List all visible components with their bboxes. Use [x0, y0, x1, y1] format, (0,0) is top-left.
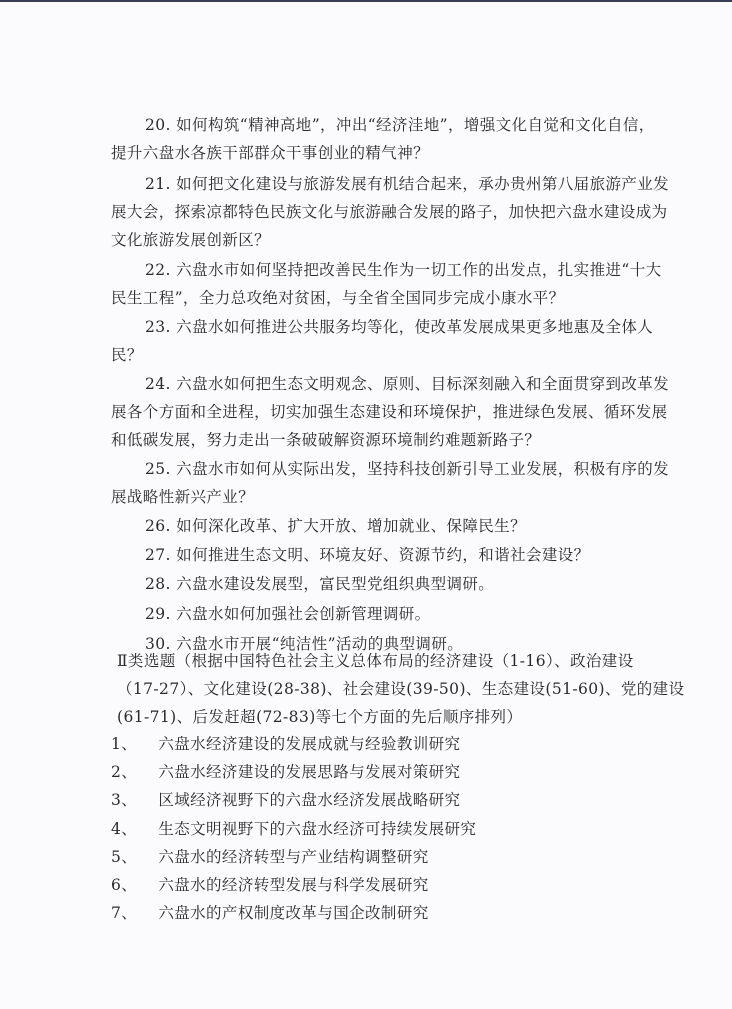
topic-title: 区域经济视野下的六盘水经济发展战略研究	[158, 791, 460, 809]
topic-item: 4、 生态文明视野下的六盘水经济可持续发展研究	[111, 815, 476, 843]
question-20: 20. 如何构筑“精神高地”，冲出“经济洼地”，增强文化自觉和文化自信， 提升六…	[111, 111, 603, 167]
topic-number: 3、	[111, 786, 153, 814]
topic-title: 六盘水经济建设的发展思路与发展对策研究	[158, 763, 460, 781]
question-29: 29. 六盘水如何加强社会创新管理调研。	[111, 600, 603, 628]
question-line: 21. 如何把文化建设与旅游发展有机结合起来，承办贵州第八届旅游产业发	[111, 170, 603, 198]
question-line: 24. 六盘水如何把生态文明观念、原则、目标深刻融入和全面贯穿到改革发	[111, 370, 603, 398]
topic-item: 7、 六盘水的产权制度改革与国企改制研究	[111, 899, 429, 927]
question-line: 展战略性新兴产业？	[111, 483, 603, 511]
topic-number: 5、	[111, 843, 153, 871]
topic-title: 六盘水的经济转型发展与科学发展研究	[158, 876, 428, 894]
category-header-line: （17-27）、文化建设(28-38)、社会建设(39-50)、生态建设(51-…	[117, 675, 609, 703]
question-line: 29. 六盘水如何加强社会创新管理调研。	[111, 600, 603, 628]
question-24: 24. 六盘水如何把生态文明观念、原则、目标深刻融入和全面贯穿到改革发 展各个方…	[111, 370, 603, 454]
topic-item: 5、 六盘水的经济转型与产业结构调整研究	[111, 843, 429, 871]
question-line: 26. 如何深化改革、扩大开放、增加就业、保障民生？	[111, 512, 603, 540]
question-line: 民生工程”，全力总攻绝对贫困，与全省全国同步完成小康水平？	[111, 284, 603, 312]
topic-title: 六盘水的产权制度改革与国企改制研究	[158, 904, 428, 922]
question-line: 22. 六盘水市如何坚持把改善民生作为一切工作的出发点，扎实推进“十大	[111, 256, 603, 284]
question-line: 民？	[111, 341, 603, 369]
topic-title: 六盘水的经济转型与产业结构调整研究	[158, 848, 428, 866]
question-line: 23. 六盘水如何推进公共服务均等化，使改革发展成果更多地惠及全体人	[111, 313, 603, 341]
question-27: 27. 如何推进生态文明、环境友好、资源节约，和谐社会建设？	[111, 541, 603, 569]
question-line: 27. 如何推进生态文明、环境友好、资源节约，和谐社会建设？	[111, 541, 603, 569]
question-line: 25. 六盘水市如何从实际出发，坚持科技创新引导工业发展，积极有序的发	[111, 455, 603, 483]
topic-title: 六盘水经济建设的发展成就与经验教训研究	[158, 735, 460, 753]
category-2-header: Ⅱ类选题（根据中国特色社会主义总体布局的经济建设（1-16）、政治建设 （17-…	[117, 647, 609, 731]
topic-number: 1、	[111, 730, 153, 758]
question-line: 和低碳发展，努力走出一条破破解资源环境制约难题新路子？	[111, 426, 603, 454]
topic-item: 1、 六盘水经济建设的发展成就与经验教训研究	[111, 730, 460, 758]
question-21: 21. 如何把文化建设与旅游发展有机结合起来，承办贵州第八届旅游产业发 展大会，…	[111, 170, 603, 254]
topic-number: 6、	[111, 871, 153, 899]
topic-item: 2、 六盘水经济建设的发展思路与发展对策研究	[111, 758, 460, 786]
question-22: 22. 六盘水市如何坚持把改善民生作为一切工作的出发点，扎实推进“十大 民生工程…	[111, 256, 603, 312]
question-line: 文化旅游发展创新区？	[111, 226, 603, 254]
category-header-line: (61-71)、后发赶超(72-83)等七个方面的先后顺序排列）	[117, 703, 609, 731]
topic-item: 6、 六盘水的经济转型发展与科学发展研究	[111, 871, 429, 899]
question-line: 20. 如何构筑“精神高地”，冲出“经济洼地”，增强文化自觉和文化自信，	[111, 111, 603, 139]
question-line: 展各个方面和全进程，切实加强生态建设和环境保护，推进绿色发展、循环发展	[111, 398, 603, 426]
topic-number: 2、	[111, 758, 153, 786]
topic-item: 3、 区域经济视野下的六盘水经济发展战略研究	[111, 786, 460, 814]
document-page: 20. 如何构筑“精神高地”，冲出“经济洼地”，增强文化自觉和文化自信， 提升六…	[0, 0, 732, 1009]
question-line: 28. 六盘水建设发展型，富民型党组织典型调研。	[111, 570, 603, 598]
question-line: 提升六盘水各族干部群众干事创业的精气神？	[111, 139, 603, 167]
topic-title: 生态文明视野下的六盘水经济可持续发展研究	[158, 820, 476, 838]
question-23: 23. 六盘水如何推进公共服务均等化，使改革发展成果更多地惠及全体人 民？	[111, 313, 603, 369]
question-28: 28. 六盘水建设发展型，富民型党组织典型调研。	[111, 570, 603, 598]
topic-number: 4、	[111, 815, 153, 843]
category-header-line: Ⅱ类选题（根据中国特色社会主义总体布局的经济建设（1-16）、政治建设	[117, 647, 609, 675]
question-line: 展大会，探索凉都特色民族文化与旅游融合发展的路子，加快把六盘水建设成为	[111, 198, 603, 226]
question-26: 26. 如何深化改革、扩大开放、增加就业、保障民生？	[111, 512, 603, 540]
question-25: 25. 六盘水市如何从实际出发，坚持科技创新引导工业发展，积极有序的发 展战略性…	[111, 455, 603, 511]
topic-number: 7、	[111, 899, 153, 927]
